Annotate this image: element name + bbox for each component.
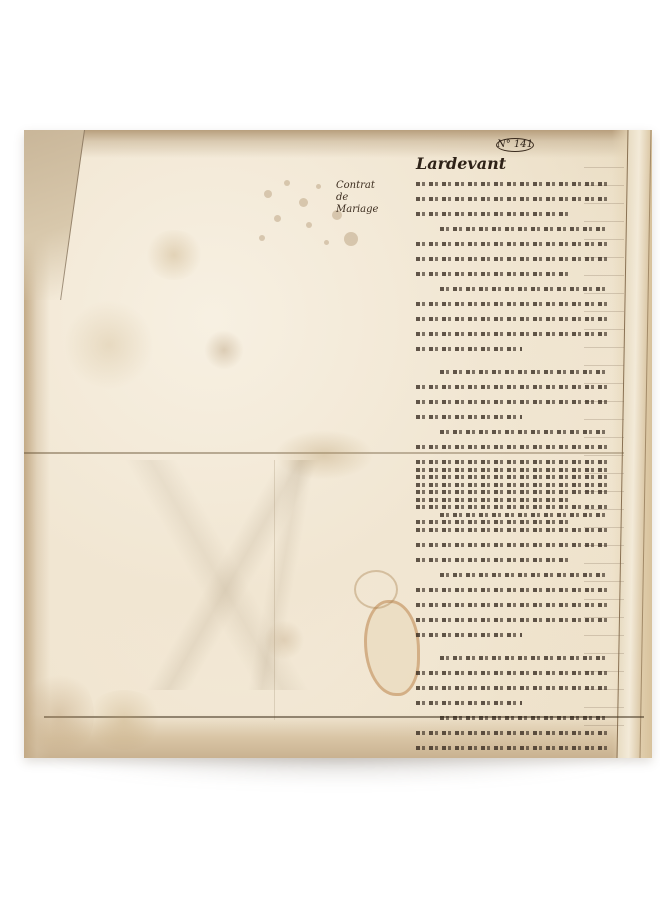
handwriting-line [416,398,608,407]
handwriting-line [440,368,608,377]
coffee-stain [264,620,304,660]
coffee-stain [64,300,154,390]
vintage-paper-sheet: Contrat de Mariage N° 141 Lardevant [24,130,652,758]
handwriting-line [440,428,608,437]
handwritten-manuscript-lower [416,460,608,758]
handwriting-line [416,315,608,324]
handwriting-line [416,669,608,678]
vertical-fold-crease [274,460,275,720]
handwriting-line [440,225,608,234]
handwriting-line [440,654,608,663]
handwriting-line [416,345,522,354]
handwriting-line [416,383,608,392]
margin-note-line: Mariage [336,204,416,216]
handwriting-line [416,180,608,189]
document-number: N° 141 [496,138,534,152]
margin-note: Contrat de Mariage [336,180,416,216]
coffee-stain [24,670,94,758]
crumpled-area [84,460,384,690]
handwriting-line [440,285,608,294]
handwriting-line [416,586,608,595]
handwriting-line [416,413,522,422]
handwriting-line [416,466,608,475]
handwriting-line [416,496,570,505]
handwriting-line [416,526,608,535]
coffee-stain [84,690,164,750]
handwriting-line [416,481,608,490]
coffee-stain [274,430,374,480]
handwriting-line [416,195,608,204]
handwriting-line [416,300,608,309]
coffee-stain [144,230,204,280]
handwriting-line [416,240,608,249]
handwriting-line [416,631,522,640]
coffee-ring-stain [354,570,398,609]
handwriting-line [416,616,608,625]
handwriting-line [416,699,522,708]
handwriting-line [440,571,608,580]
handwriting-line [416,330,608,339]
manuscript-heading: Lardevant [416,154,608,174]
handwriting-line [416,684,608,693]
handwriting-line [416,255,608,264]
handwriting-line [416,744,608,753]
margin-note-line: Contrat [336,180,416,192]
coffee-stain [204,330,244,370]
handwriting-line [440,714,608,723]
handwriting-line [416,210,570,219]
handwriting-line [416,556,570,565]
handwriting-line [416,270,570,279]
handwriting-line [416,729,608,738]
margin-note-line: de [336,192,416,204]
handwriting-line [416,443,608,452]
handwriting-line [440,511,608,520]
torn-scrap-top-left [24,130,85,300]
handwriting-line [416,541,608,550]
handwriting-line [416,601,608,610]
